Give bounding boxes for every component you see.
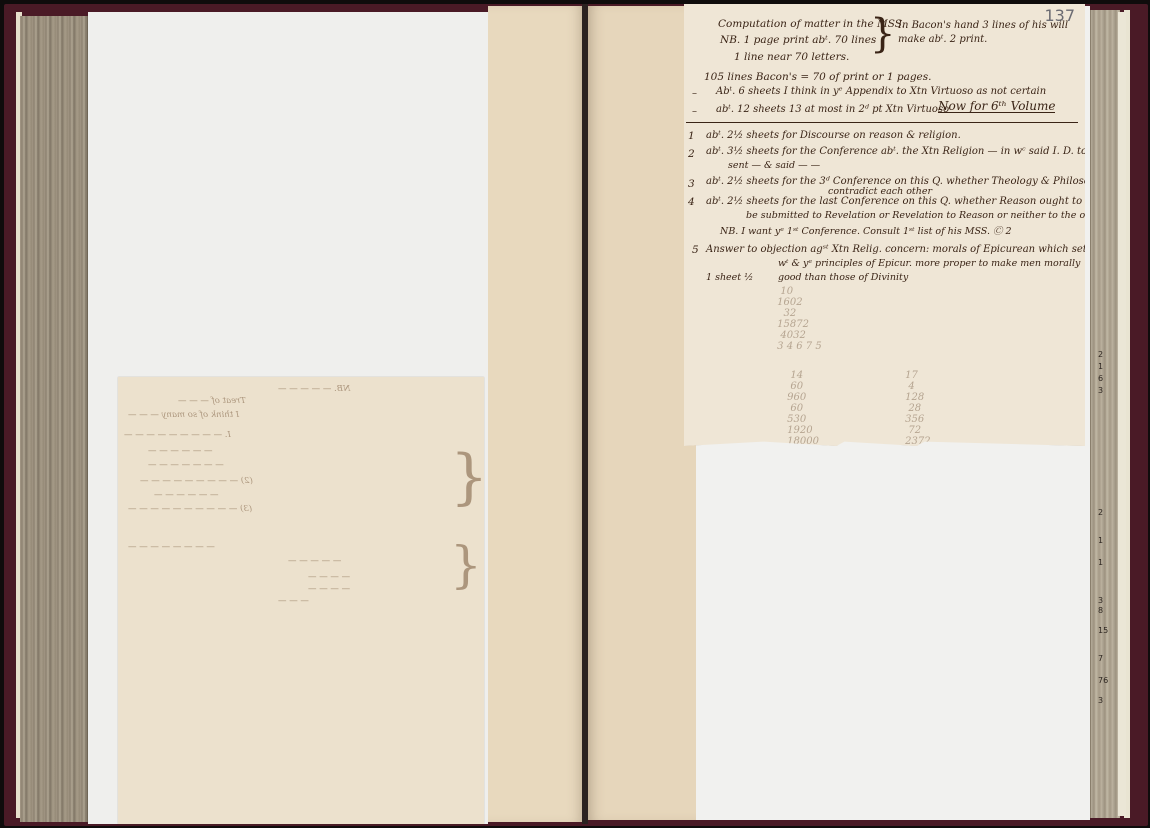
tab-number: 2 — [1098, 508, 1103, 517]
item-number: 5 — [692, 244, 699, 256]
slip-line: — — — — — — — — — [128, 541, 215, 553]
item-text: abᵗ. 3½ sheets for the Conference abᵗ. t… — [706, 146, 1103, 158]
item-text: abᵗ. 2½ sheets for Discourse on reason &… — [706, 130, 961, 142]
slip-line: I think of so many — — — — [128, 409, 239, 421]
arithmetic-calculation: 10 1602 32 15872 4032 3 4 6 7 5 — [774, 286, 822, 352]
right-manuscript-slip: 137 Computation of matter in the MSS. NB… — [684, 4, 1085, 446]
item-number: 2 — [688, 148, 695, 160]
item-text: NB. I want yᵉ 1ˢᵗ Conference. Consult 1ˢ… — [720, 226, 1012, 238]
tab-number: 76 — [1098, 676, 1108, 685]
slip-line: NB. — — — — — — [278, 383, 350, 395]
tab-number: 8 — [1098, 606, 1103, 615]
brace-mark: { — [450, 545, 482, 585]
header-line: make abᵗ. 2 print. — [898, 34, 987, 46]
brace-mark: { — [450, 457, 488, 497]
arithmetic-calculation: 14 60 960 60 530 1920 18000 — [784, 370, 819, 447]
tab-number: 3 — [1098, 596, 1103, 605]
arithmetic-calculation: 17 4 128 28 356 72 2372 — [902, 370, 931, 447]
tab-number: 6 — [1098, 374, 1103, 383]
tab-number: 15 — [1098, 626, 1108, 635]
header-line: In Bacon's hand 3 lines of his will — [898, 20, 1068, 32]
note-line: Abᵗ. 6 sheets I think in yᵉ Appendix to … — [716, 86, 1046, 98]
note-line: – — [692, 88, 697, 100]
right-flyleaf — [1118, 12, 1126, 816]
slip-line: (3) — — — — — — — — — — — [128, 503, 252, 515]
item-margin-note: 1 sheet ½ — [706, 272, 753, 284]
slip-line: — — — — — [308, 583, 350, 595]
brace-mark: } — [870, 14, 895, 54]
slip-line: — — — — — — — [148, 445, 213, 457]
tab-number: 7 — [1098, 654, 1103, 663]
header-line: NB. 1 page print abᵗ. 70 lines — [720, 34, 876, 46]
right-page-edges — [1090, 10, 1120, 818]
slip-line: — — — — [278, 595, 309, 607]
item-number: 4 — [688, 196, 695, 208]
tab-number: 1 — [1098, 536, 1103, 545]
left-page-edges — [20, 16, 88, 822]
item-text: wᵗ & yᵉ principles of Epicur. more prope… — [778, 258, 1080, 270]
left-guard-strip — [488, 6, 584, 822]
right-guard-strip — [588, 6, 696, 820]
slip-line: — — — — — — [288, 555, 341, 567]
divider-rule — [686, 122, 1078, 123]
slip-line: I. — — — — — — — — — — [124, 429, 231, 441]
tab-number: 3 — [1098, 696, 1103, 705]
note-line: 105 lines Bacon's = 70 of print or 1 pag… — [704, 71, 932, 83]
header-line: 1 line near 70 letters. — [734, 51, 849, 63]
slip-line: — — — — — — — — [148, 459, 224, 471]
item-text: Answer to objection agˢᵗ Xtn Relig. conc… — [706, 244, 1092, 256]
slip-line: (2) — — — — — — — — — — [140, 475, 253, 487]
note-line: – — [692, 106, 697, 118]
item-text: good than those of Divinity — [778, 272, 908, 284]
tab-number: 1 — [1098, 362, 1103, 371]
item-text: abᵗ. 2½ sheets for the last Conference o… — [706, 196, 1082, 208]
item-number: 3 — [688, 178, 695, 190]
slip-line: — — — — — [308, 571, 350, 583]
slip-line: Treat of — — — — [178, 395, 246, 407]
item-text: sent — & said — — — [728, 160, 820, 172]
tab-number: 3 — [1098, 386, 1103, 395]
note-line: abᵗ. 12 sheets 13 at most in 2ᵈ pt Xtn V… — [716, 104, 949, 116]
volume-heading: Now for 6ᵗʰ Volume — [938, 100, 1055, 113]
tab-number: 1 — [1098, 558, 1103, 567]
slip-line: — — — — — — — [154, 489, 219, 501]
item-text: be submitted to Revelation or Revelation… — [746, 210, 1107, 222]
item-number: 1 — [688, 130, 695, 142]
tab-number: 2 — [1098, 350, 1103, 359]
left-manuscript-slip: NB. — — — — — Treat of — — — I think of … — [118, 377, 484, 824]
